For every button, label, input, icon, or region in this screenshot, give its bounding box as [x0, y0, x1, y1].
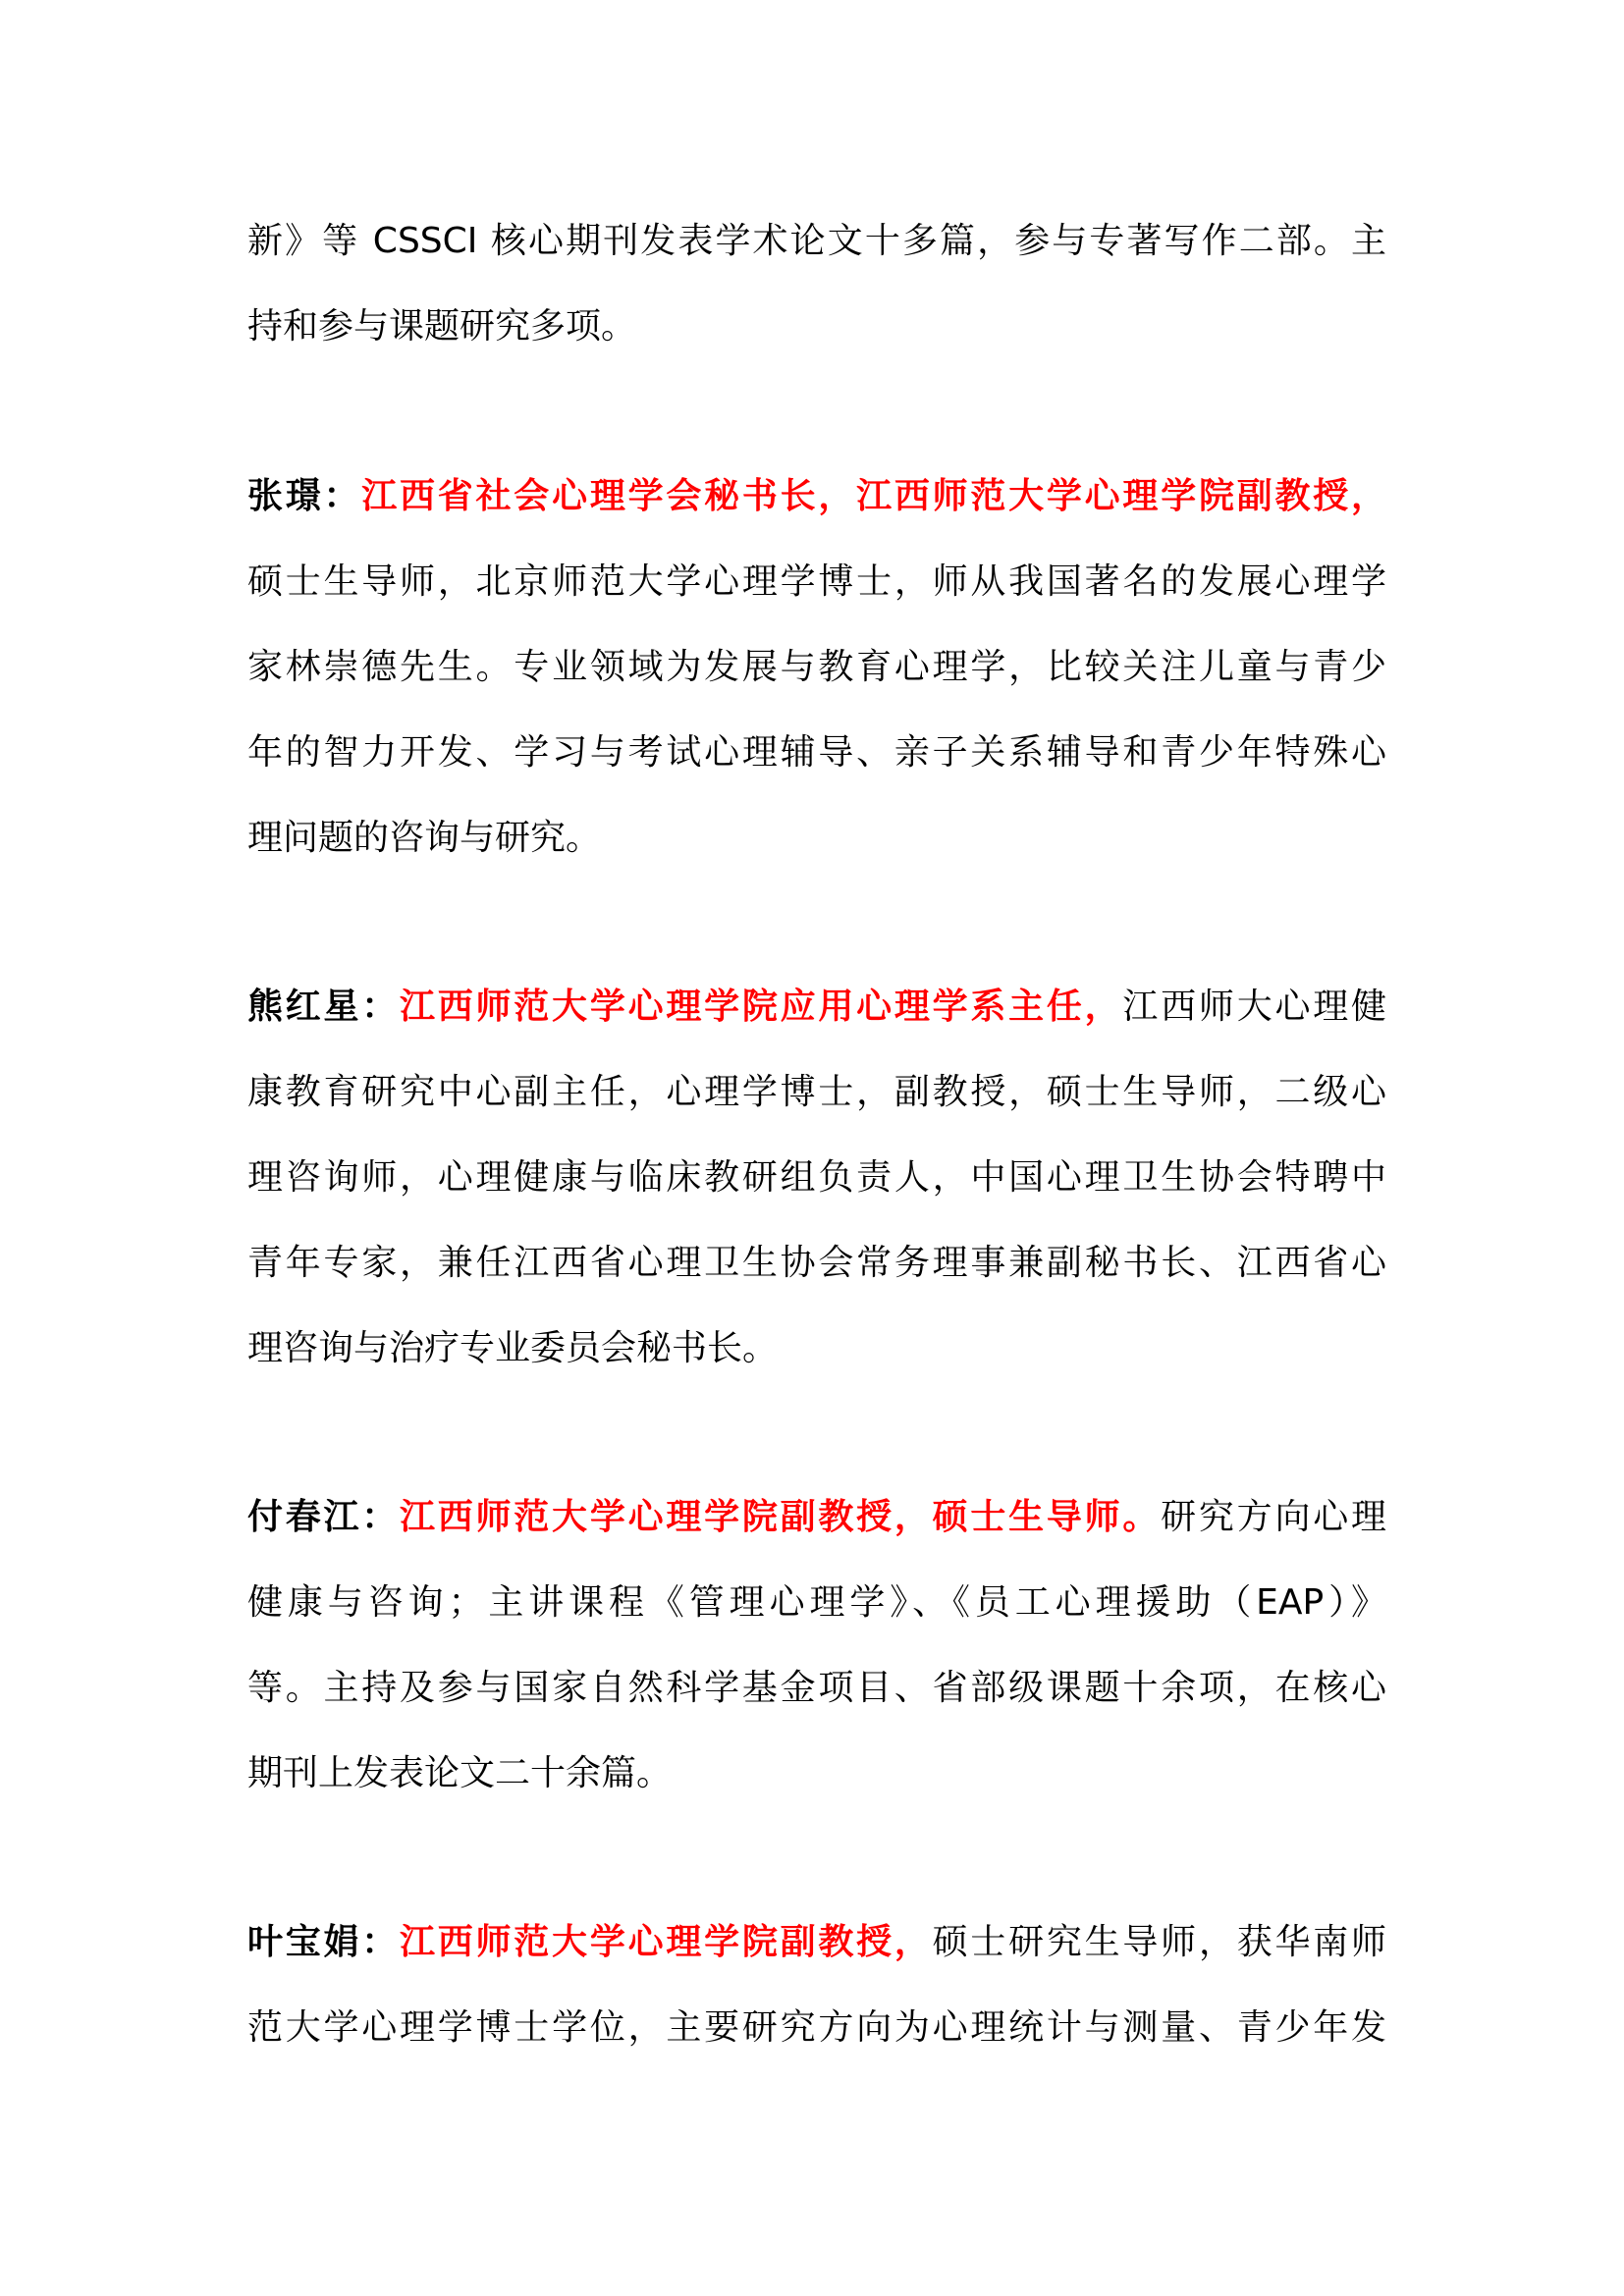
paragraph-line: 叶宝娟：江西师范大学心理学院副教授，硕士研究生导师，获华南师: [247, 1913, 1386, 1972]
text: 研究方向心理: [1161, 1497, 1386, 1537]
paragraph-line: 新》等 CSSCI 核心期刊发表学术论文十多篇，参与专著写作二部。主: [247, 212, 1386, 271]
text: 健康与咨询；主讲课程《管理心理学》、《员工心理援助（EAP）》: [247, 1582, 1386, 1623]
text: 家林崇德先生。专业领域为发展与教育心理学，比较关注儿童与青少: [247, 647, 1386, 687]
person-name: 熊红星：: [247, 987, 400, 1027]
paragraph-line: 年的智力开发、学习与考试心理辅导、亲子关系辅导和青少年特殊心: [247, 723, 1386, 782]
paragraph-line: 家林崇德先生。专业领域为发展与教育心理学，比较关注儿童与青少: [247, 638, 1386, 697]
paragraph-line: 理咨询与治疗专业委员会秘书长。: [247, 1319, 1386, 1378]
paragraph-line: 康教育研究中心副主任，心理学博士，副教授，硕士生导师，二级心: [247, 1063, 1386, 1122]
paragraph-line: 等。主持及参与国家自然科学基金项目、省部级课题十余项，在核心: [247, 1659, 1386, 1718]
text: 青年专家，兼任江西省心理卫生协会常务理事兼副秘书长、江西省心: [247, 1243, 1386, 1283]
text: 硕士生导师，北京师范大学心理学博士，师从我国著名的发展心理学: [247, 561, 1386, 602]
paragraph-line: 期刊上发表论文二十余篇。: [247, 1744, 1386, 1803]
paragraph-line: 付春江：江西师范大学心理学院副教授，硕士生导师。研究方向心理: [247, 1488, 1386, 1547]
text: 年的智力开发、学习与考试心理辅导、亲子关系辅导和青少年特殊心: [247, 732, 1386, 773]
paragraph-line: 青年专家，兼任江西省心理卫生协会常务理事兼副秘书长、江西省心: [247, 1234, 1386, 1293]
text: 新》等 CSSCI 核心期刊发表学术论文十多篇，参与专著写作二部。主: [247, 221, 1386, 261]
person-name: 叶宝娟：: [247, 1922, 400, 1962]
text: 理咨询师，心理健康与临床教研组负责人，中国心理卫生协会特聘中: [247, 1157, 1386, 1198]
text: 硕士研究生导师，获华南师: [933, 1922, 1386, 1962]
text: 范大学心理学博士学位，主要研究方向为心理统计与测量、青少年发: [247, 2007, 1386, 2048]
highlighted-title: 江西师范大学心理学院副教授，硕士生导师。: [400, 1497, 1161, 1537]
paragraph-line: 理问题的咨询与研究。: [247, 809, 1386, 868]
text: 理咨询与治疗专业委员会秘书长。: [247, 1328, 778, 1368]
paragraph-line: 持和参与课题研究多项。: [247, 297, 1386, 356]
paragraph-line: 范大学心理学博士学位，主要研究方向为心理统计与测量、青少年发: [247, 1999, 1386, 2057]
text: 理问题的咨询与研究。: [247, 818, 601, 858]
paragraph-line: 理咨询师，心理健康与临床教研组负责人，中国心理卫生协会特聘中: [247, 1148, 1386, 1207]
text: 期刊上发表论文二十余篇。: [247, 1753, 672, 1793]
paragraph-line: 健康与咨询；主讲课程《管理心理学》、《员工心理援助（EAP）》: [247, 1574, 1386, 1632]
text: 持和参与课题研究多项。: [247, 306, 636, 347]
highlighted-title: 江西师范大学心理学院应用心理学系主任，: [400, 987, 1122, 1027]
paragraph-line: 张璟：江西省社会心理学会秘书长，江西师范大学心理学院副教授，: [247, 467, 1386, 526]
text: 康教育研究中心副主任，心理学博士，副教授，硕士生导师，二级心: [247, 1072, 1386, 1112]
paragraph-line: 熊红星：江西师范大学心理学院应用心理学系主任，江西师大心理健: [247, 978, 1386, 1037]
person-name: 张璟：: [247, 476, 361, 516]
highlighted-title: 江西省社会心理学会秘书长，江西师范大学心理学院副教授，: [361, 476, 1386, 516]
text: 江西师大心理健: [1122, 987, 1386, 1027]
highlighted-title: 江西师范大学心理学院副教授，: [400, 1922, 933, 1962]
paragraph-line: 硕士生导师，北京师范大学心理学博士，师从我国著名的发展心理学: [247, 553, 1386, 612]
text: 等。主持及参与国家自然科学基金项目、省部级课题十余项，在核心: [247, 1668, 1386, 1708]
person-name: 付春江：: [247, 1497, 400, 1537]
